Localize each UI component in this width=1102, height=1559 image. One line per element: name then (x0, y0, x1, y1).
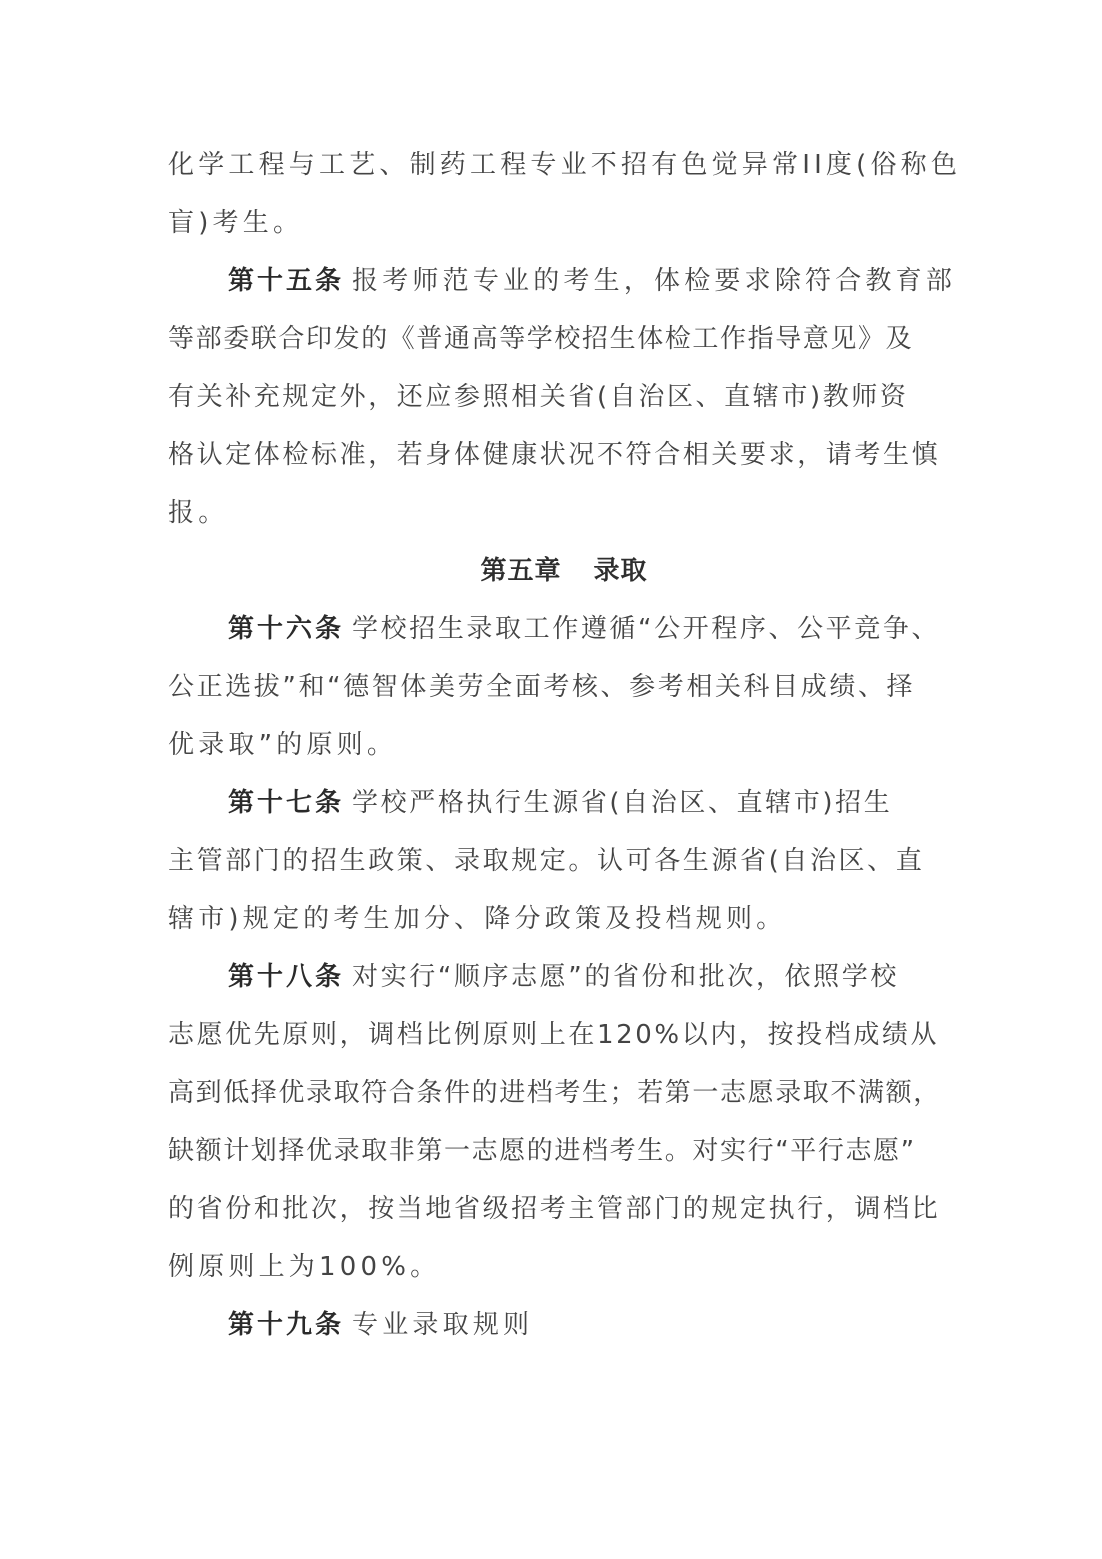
article-label: 第十九条 (228, 1310, 344, 1340)
article-label: 第十八条 (228, 962, 344, 992)
article-label: 第十五条 (228, 266, 344, 296)
article-15: 第十五条报考师范专业的考生，体检要求除符合教育部 等部委联合印发的《普通高等学校… (168, 252, 940, 542)
paragraph-line: 的省份和批次，按当地省级招考主管部门的规定执行，调档比 (168, 1180, 940, 1238)
chapter-title: 录取 (594, 556, 648, 586)
article-label: 第十六条 (228, 614, 344, 644)
paragraph-line: 化学工程与工艺、制药工程专业不招有色觉异常II度(俗称色 (168, 136, 940, 194)
paragraph-line: 学校招生录取工作遵循“公开程序、公平竞争、 (352, 614, 940, 644)
paragraph-line: 缺额计划择优录取非第一志愿的进档考生。对实行“平行志愿” (168, 1122, 940, 1180)
paragraph-line: 盲)考生。 (168, 194, 940, 252)
paragraph-line: 志愿优先原则，调档比例原则上在120%以内，按投档成绩从 (168, 1006, 940, 1064)
paragraph-line: 报。 (168, 484, 940, 542)
article-label: 第十七条 (228, 788, 344, 818)
paragraph-line: 有关补充规定外，还应参照相关省(自治区、直辖市)教师资 (168, 368, 940, 426)
chapter-number: 第五章 (480, 556, 561, 586)
intro-paragraph: 化学工程与工艺、制药工程专业不招有色觉异常II度(俗称色 盲)考生。 (168, 136, 940, 252)
paragraph-line: 报考师范专业的考生，体检要求除符合教育部 (352, 266, 956, 296)
paragraph-line: 主管部门的招生政策、录取规定。认可各生源省(自治区、直 (168, 832, 940, 890)
chapter-heading: 第五章录取 (168, 542, 940, 600)
article-17: 第十七条学校严格执行生源省(自治区、直辖市)招生 主管部门的招生政策、录取规定。… (168, 774, 940, 948)
article-16: 第十六条学校招生录取工作遵循“公开程序、公平竞争、 公正选拔”和“德智体美劳全面… (168, 600, 940, 774)
paragraph-line: 辖市)规定的考生加分、降分政策及投档规则。 (168, 890, 940, 948)
paragraph-line: 公正选拔”和“德智体美劳全面考核、参考相关科目成绩、择 (168, 658, 940, 716)
paragraph-line: 学校严格执行生源省(自治区、直辖市)招生 (352, 788, 892, 818)
article-18: 第十八条对实行“顺序志愿”的省份和批次，依照学校 志愿优先原则，调档比例原则上在… (168, 948, 940, 1296)
article-19: 第十九条专业录取规则 (168, 1296, 940, 1354)
paragraph-line: 优录取”的原则。 (168, 716, 940, 774)
paragraph-line: 对实行“顺序志愿”的省份和批次，依照学校 (352, 962, 899, 992)
paragraph-line: 等部委联合印发的《普通高等学校招生体检工作指导意见》及 (168, 310, 940, 368)
paragraph-line: 例原则上为100%。 (168, 1238, 940, 1296)
paragraph-line: 高到低择优录取符合条件的进档考生；若第一志愿录取不满额， (168, 1064, 940, 1122)
paragraph-line: 专业录取规则 (352, 1310, 533, 1340)
document-page: 化学工程与工艺、制药工程专业不招有色觉异常II度(俗称色 盲)考生。 第十五条报… (168, 136, 940, 1354)
paragraph-line: 格认定体检标准，若身体健康状况不符合相关要求，请考生慎 (168, 426, 940, 484)
